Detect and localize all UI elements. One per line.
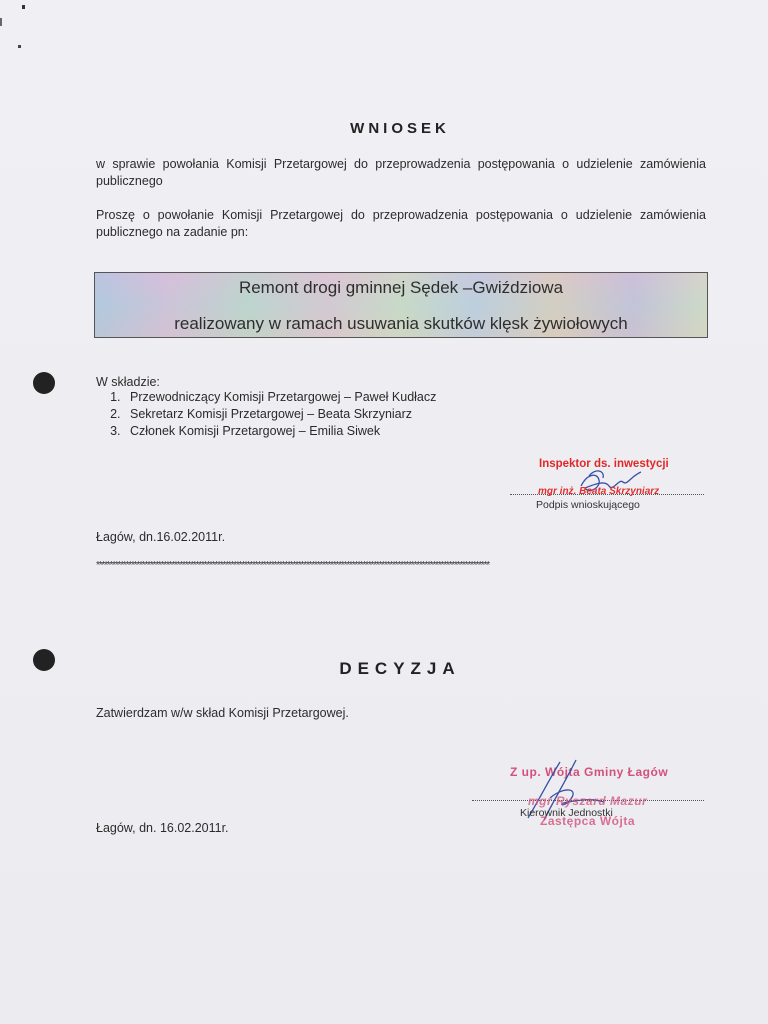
stamp-name: mgr inż. Beata Skrzyniarz xyxy=(538,486,659,497)
stamp-name: mgr Ryszard Mazur xyxy=(528,794,647,808)
scan-speck xyxy=(22,5,25,9)
decision-place-date: Łagów, dn. 16.02.2011r. xyxy=(96,820,229,837)
scanned-document-page: WNIOSEK w sprawie powołania Komisji Prze… xyxy=(0,0,768,1024)
signature-caption: Podpis wnioskującego xyxy=(536,499,640,511)
request-place-date: Łagów, dn.16.02.2011r. xyxy=(96,529,225,546)
committee-member: Przewodniczący Komisji Przetargowej – Pa… xyxy=(124,389,436,406)
scan-speck xyxy=(18,45,21,48)
punch-hole-dot xyxy=(33,372,55,394)
section-separator: ****************************************… xyxy=(96,560,702,571)
decision-title: DECYZJA xyxy=(0,659,768,679)
committee-members-list: Przewodniczący Komisji Przetargowej – Pa… xyxy=(76,389,436,440)
stamp-role: Zastępca Wójta xyxy=(540,814,635,828)
task-name-box: Remont drogi gminnej Sędek –Gwiździowa r… xyxy=(94,272,708,338)
request-body: Proszę o powołanie Komisji Przetargowej … xyxy=(96,207,706,241)
committee-member: Członek Komisji Przetargowej – Emilia Si… xyxy=(124,423,436,440)
request-subject: w sprawie powołania Komisji Przetargowej… xyxy=(96,156,706,190)
task-name-line1: Remont drogi gminnej Sędek –Gwiździowa xyxy=(95,278,707,298)
request-title: WNIOSEK xyxy=(0,120,768,137)
scan-speck xyxy=(0,18,2,26)
committee-member: Sekretarz Komisji Przetargowej – Beata S… xyxy=(124,406,436,423)
decision-body: Zatwierdzam w/w skład Komisji Przetargow… xyxy=(96,705,349,722)
task-name-line2: realizowany w ramach usuwania skutków kl… xyxy=(95,314,707,334)
